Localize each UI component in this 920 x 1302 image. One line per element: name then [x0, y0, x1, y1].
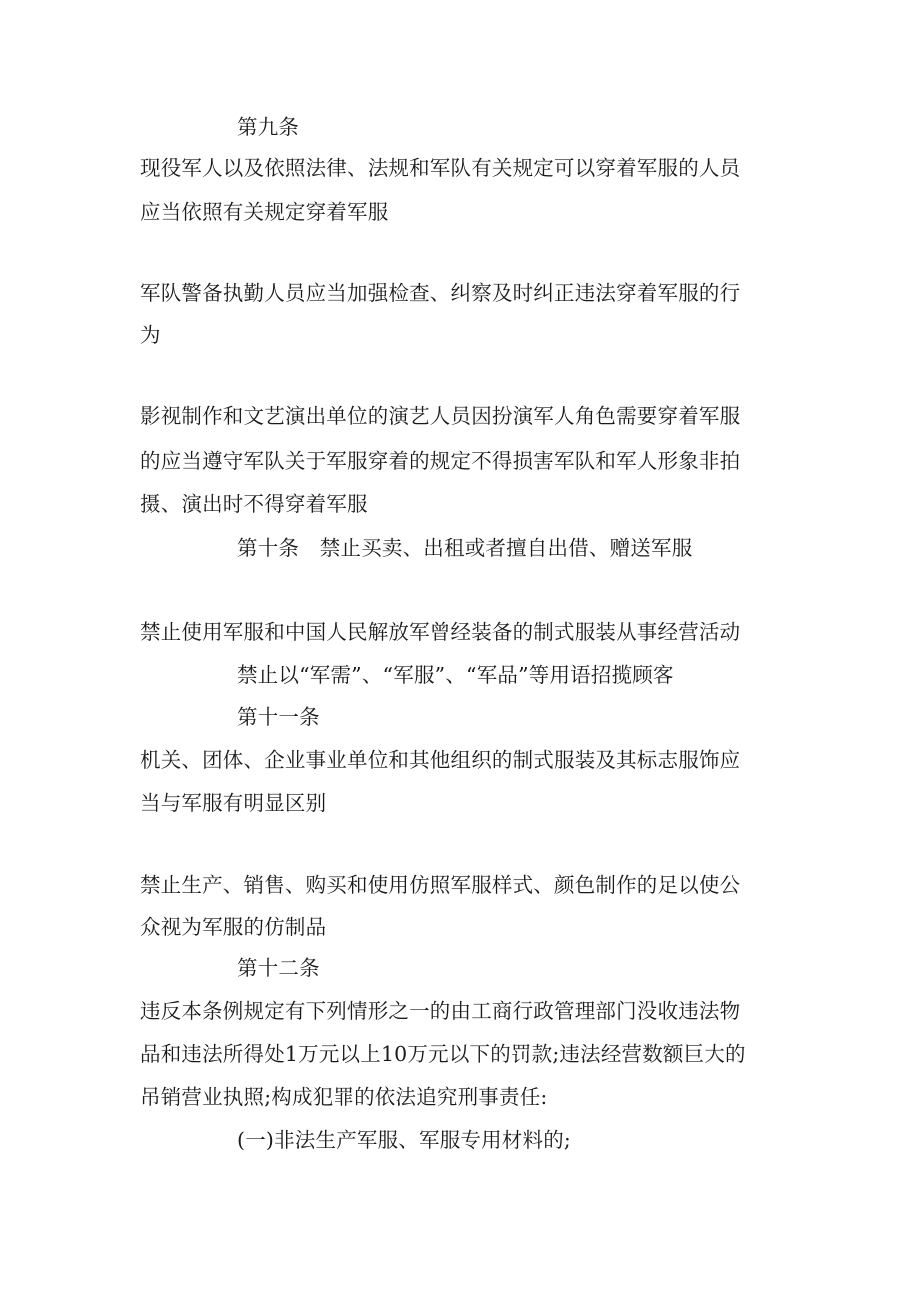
- article-9-heading: 第九条: [237, 113, 299, 141]
- list-item-1: (一)非法生产军服、军服专用材料的;: [237, 1126, 571, 1154]
- paragraph-line: 违反本条例规定有下列情形之一的由工商行政管理部门没收违法物: [140, 997, 740, 1025]
- article-10-heading: 第十条 禁止买卖、出租或者擅自出借、赠送军服: [237, 534, 692, 562]
- paragraph-line: 军队警备执勤人员应当加强检查、纠察及时纠正违法穿着军服的行: [140, 279, 740, 307]
- paragraph-line: 为: [140, 321, 161, 349]
- paragraph-line: 摄、演出时不得穿着军服: [140, 490, 368, 518]
- paragraph-line: 影视制作和文艺演出单位的演艺人员因扮演军人角色需要穿着军服: [140, 402, 740, 430]
- paragraph-line: 的应当遵守军队关于军服穿着的规定不得损害军队和军人形象非拍: [140, 447, 740, 475]
- paragraph-line: 禁止以“军需”、“军服”、“军品”等用语招揽顾客: [237, 661, 674, 689]
- paragraph-line: 禁止生产、销售、购买和使用仿照军服样式、颜色制作的足以使公: [140, 871, 740, 899]
- paragraph-line: 机关、团体、企业事业单位和其他组织的制式服装及其标志服饰应: [140, 746, 740, 774]
- paragraph-line: 现役军人以及依照法律、法规和军队有关规定可以穿着军服的人员: [140, 154, 740, 182]
- article-11-heading: 第十一条: [237, 703, 320, 731]
- paragraph-line: 当与军服有明显区别: [140, 789, 326, 817]
- paragraph-line: 品和违法所得处1万元以上10万元以下的罚款;违法经营数额巨大的: [140, 1040, 746, 1068]
- paragraph-line: 众视为军服的仿制品: [140, 913, 326, 941]
- document-page: 第九条 现役军人以及依照法律、法规和军队有关规定可以穿着军服的人员 应当依照有关…: [0, 0, 920, 1302]
- paragraph-line: 禁止使用军服和中国人民解放军曾经装备的制式服装从事经营活动: [140, 618, 740, 646]
- paragraph-line: 应当依照有关规定穿着军服: [140, 198, 388, 226]
- article-12-heading: 第十二条: [237, 954, 320, 982]
- paragraph-line: 吊销营业执照;构成犯罪的依法追究刑事责任:: [140, 1083, 548, 1111]
